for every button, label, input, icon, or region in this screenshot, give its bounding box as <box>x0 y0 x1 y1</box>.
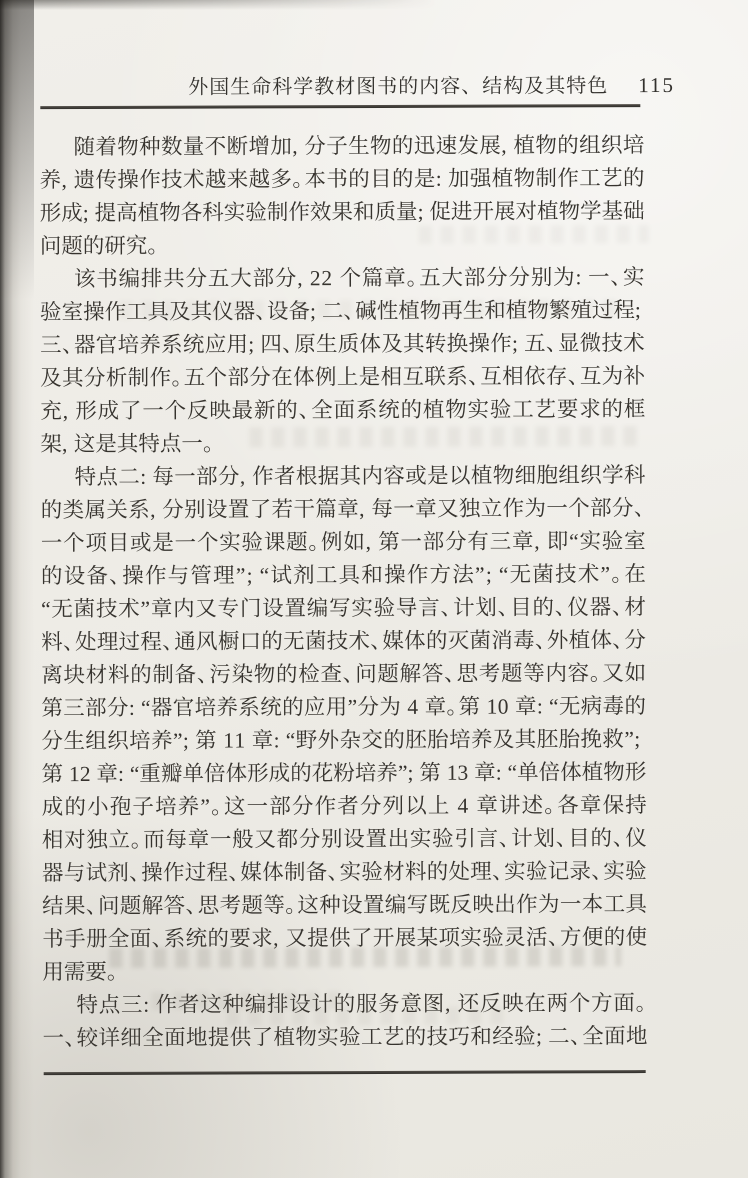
page-number: 115 <box>638 73 675 97</box>
running-head: 外国生命科学教材图书的内容、结构及其特色115 <box>188 69 675 100</box>
text-line: 问题的研究。 <box>40 228 645 263</box>
text-line: 形成;提高植物各科实验制作效果和质量;促进开展对植物学基础 <box>40 195 645 230</box>
text-line: 相对独立。而每章一般又都分别设置出实验引言、计划、目的、仪 <box>42 822 647 857</box>
text-line: 养,遗传操作技术越来越多。本书的目的是:加强植物制作工艺的 <box>40 162 645 197</box>
text-line: 充,形成了一个反映最新的、全面系统的植物实验工艺要求的框 <box>40 393 645 428</box>
text-line: 一个项目或是一个实验课题。例如,第一部分有三章,即“实验室 <box>41 525 646 560</box>
text-line: 验室操作工具及其仪器、设备;二、碱性植物再生和植物繁殖过程; <box>40 294 645 329</box>
text-line: 该书编排共分五大部分,22 个篇章。五大部分分别为:一、实 <box>40 261 645 296</box>
text-line: 器与试剂、操作过程、媒体制备、实验材料的处理、实验记录、实验 <box>42 855 647 890</box>
text-line: “无菌技术”章内又专门设置编写实验导言、计划、目的、仪器、材 <box>41 591 646 626</box>
scanned-book-page: 外国生命科学教材图书的内容、结构及其特色115 随着物种数量不断增加,分子生物的… <box>0 0 748 1178</box>
text-line: 料、处理过程、通风橱口的无菌技术、媒体的灭菌消毒、外植体、分 <box>41 624 646 659</box>
text-line: 的类属关系,分别设置了若干篇章,每一章又独立作为一个部分、 <box>41 492 646 527</box>
text-line: 结果、问题解答、思考题等。这种设置编写既反映出作为一本工具 <box>42 888 647 923</box>
text-line: 三、器官培养系统应用;四、原生质体及其转换操作;五、显微技术 <box>40 327 645 362</box>
page-content: 外国生命科学教材图书的内容、结构及其特色115 随着物种数量不断增加,分子生物的… <box>0 0 748 1178</box>
text-line: 一、较详细全面地提供了植物实验工艺的技巧和经验;二、全面地 <box>43 1020 648 1055</box>
text-line: 离块材料的制备、污染物的检查、问题解答、思考题等内容。又如 <box>41 657 646 692</box>
footer-rule <box>44 1070 646 1075</box>
text-line: 用需要。 <box>42 954 647 989</box>
text-line: 分生组织培养”;第 11 章:“野外杂交的胚胎培养及其胚胎挽救”; <box>41 723 646 758</box>
text-line: 第三部分:“器官培养系统的应用”分为 4 章。第 10 章:“无病毒的 <box>41 690 646 725</box>
text-line: 特点二:每一部分,作者根据其内容或是以植物细胞组织学科 <box>41 459 646 494</box>
body-text: 随着物种数量不断增加,分子生物的迅速发展,植物的组织培养,遗传操作技术越来越多。… <box>39 129 647 1055</box>
text-line: 随着物种数量不断增加,分子生物的迅速发展,植物的组织培 <box>39 129 644 164</box>
text-line: 架,这是其特点一。 <box>40 426 645 461</box>
header-rule <box>40 104 640 109</box>
text-line: 特点三:作者这种编排设计的服务意图,还反映在两个方面。 <box>42 987 647 1022</box>
text-line: 成的小孢子培养”。这一部分作者分列以上 4 章讲述。各章保持 <box>42 789 647 824</box>
text-line: 的设备、操作与管理”;“试剂工具和操作方法”;“无菌技术”。在 <box>41 558 646 593</box>
text-line: 书手册全面、系统的要求,又提供了开展某项实验灵活、方便的使 <box>42 921 647 956</box>
text-line: 及其分析制作。五个部分在体例上是相互联系、互相依存、互为补 <box>40 360 645 395</box>
running-head-title: 外国生命科学教材图书的内容、结构及其特色 <box>188 75 608 98</box>
text-line: 第 12 章:“重瓣单倍体形成的花粉培养”;第 13 章:“单倍体植物形 <box>42 756 647 791</box>
